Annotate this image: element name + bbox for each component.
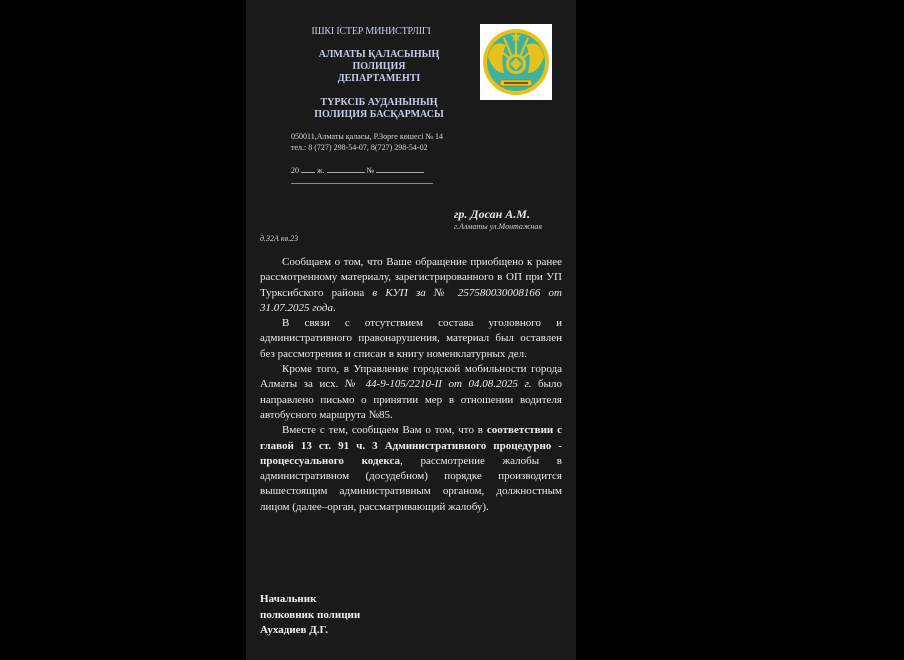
signatory-name: Аухадиев Д.Г. [260, 623, 360, 639]
recipient-name: гр. Досан А.М. [454, 207, 530, 222]
paragraph-3: Кроме того, в Управление городской мобил… [260, 362, 562, 423]
reg-number-blank [376, 164, 424, 173]
division-line: ПОЛИЦИЯ БАСҚАРМАСЫ [294, 109, 464, 121]
department-title: АЛМАТЫ ҚАЛАСЫНЫҢ ПОЛИЦИЯ ДЕПАРТАМЕНТІ [304, 49, 454, 85]
signatory-rank: полковник полиции [260, 608, 360, 624]
registration-line: 20 ж. № [291, 164, 424, 175]
ministry-title: ІШКІ ІСТЕР МИНИСТРЛІГІ [296, 26, 446, 37]
paragraph-2: В связи с отсутствием состава уголовного… [260, 316, 562, 362]
signatory-position: Начальник [260, 592, 360, 608]
document-page: ІШКІ ІСТЕР МИНИСТРЛІГІ АЛМАТЫ ҚАЛАСЫНЫҢ … [246, 0, 576, 660]
division-title: ТҮРКСІБ АУДАНЫНЫҢ ПОЛИЦИЯ БАСҚАРМАСЫ [294, 97, 464, 121]
reg-date-blank [327, 164, 365, 173]
p3-reference: № 44-9-105/2210-II от 04.08.2025 г. [345, 378, 532, 390]
p4-text: Вместе с тем, сообщаем Вам о том, что в [282, 424, 487, 436]
reg-year-prefix: 20 [291, 166, 299, 175]
recipient-address-line1: г.Алматы ул.Монтажная [454, 222, 542, 231]
division-line: ТҮРКСІБ АУДАНЫНЫҢ [294, 97, 464, 109]
divider [291, 183, 433, 184]
reg-number-label: № [367, 166, 375, 175]
p1-end: . [333, 302, 336, 314]
reg-year-suffix: ж. [317, 166, 325, 175]
paragraph-1: Сообщаем о том, что Ваше обращение приоб… [260, 255, 562, 316]
department-line: ДЕПАРТАМЕНТІ [304, 73, 454, 85]
state-emblem-icon [480, 24, 552, 100]
letter-body: Сообщаем о том, что Ваше обращение приоб… [260, 255, 562, 515]
department-line: АЛМАТЫ ҚАЛАСЫНЫҢ [304, 49, 454, 61]
paragraph-4: Вместе с тем, сообщаем Вам о том, что в … [260, 423, 562, 515]
address-line: 050011,Алматы қаласы, Р.Зорге көшесі № 1… [291, 131, 443, 142]
recipient-address-line2: д.32А кв.23 [260, 234, 298, 243]
signature-block: Начальник полковник полиции Аухадиев Д.Г… [260, 592, 360, 639]
sender-address: 050011,Алматы қаласы, Р.Зорге көшесі № 1… [291, 131, 443, 153]
reg-year-blank [301, 164, 315, 173]
department-line: ПОЛИЦИЯ [304, 61, 454, 73]
phone-line: тел.: 8 (727) 298-54-07, 8(727) 298-54-0… [291, 142, 443, 153]
